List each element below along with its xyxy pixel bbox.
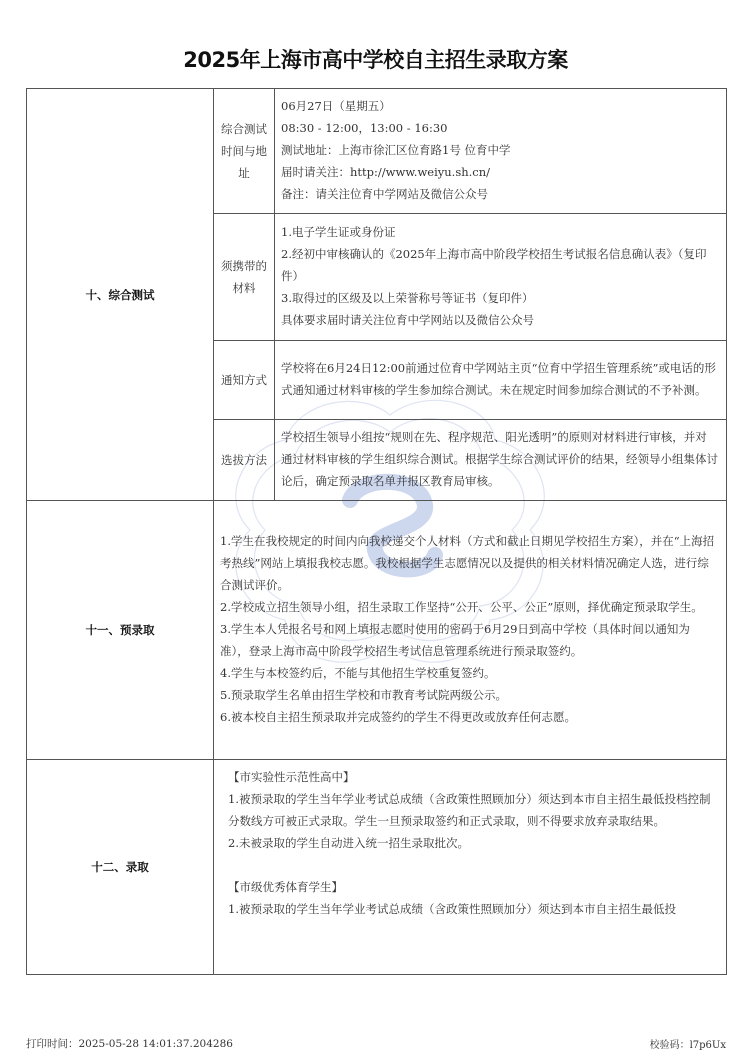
notification-text: 学校将在6月24日12:00前通过位育中学网站主页“位育中学招生管理系统”或电话… — [281, 357, 718, 401]
section-12-row: 十二、录取 【市实验性示范性高中】 1.被预录取的学生当年学业考试总成绩（含政策… — [27, 760, 727, 975]
material-item-1: 1.电子学生证或身份证 — [281, 221, 718, 243]
material-item-2: 2.经初中审核确认的《2025年上海市高中阶段学校招生考试报名信息确认表》（复印… — [281, 243, 718, 287]
row-content-selection: 学校招生领导小组按“规则在先、程序规范、阳光透明”的原则对材料进行审核，并对通过… — [275, 420, 727, 501]
pre-admission-item-5: 5.预录取学生名单由招生学校和市教育考试院两级公示。 — [220, 684, 718, 706]
pre-admission-item-6: 6.被本校自主招生预录取并完成签约的学生不得更改或放弃任何志愿。 — [220, 706, 718, 728]
row-label-time-address: 综合测试时间与地址 — [214, 89, 275, 214]
row-label-selection: 选拔方法 — [214, 420, 275, 501]
checksum: 校验码：l7p6Ux — [650, 1036, 726, 1051]
pre-admission-item-4: 4.学生与本校签约后，不能与其他招生学校重复签约。 — [220, 662, 718, 684]
admission-item-2: 2.未被录取的学生自动进入统一招生录取批次。 — [228, 832, 718, 854]
sports-admission-item-1: 1.被预录取的学生当年学业考试总成绩（含政策性照顾加分）须达到本市自主招生最低投 — [228, 898, 718, 920]
material-note: 具体要求届时请关注位育中学网站以及微信公众号 — [281, 309, 718, 331]
remark-text: 备注：请关注位育中学网站及微信公众号 — [281, 183, 718, 205]
test-address: 测试地址：上海市徐汇区位育路1号 位育中学 — [281, 139, 718, 161]
pre-admission-item-2: 2.学校成立招生领导小组，招生录取工作坚持“公开、公平、公正”原则，择优确定预录… — [220, 596, 718, 618]
admission-item-1: 1.被预录取的学生当年学业考试总成绩（含政策性照顾加分）须达到本市自主招生最低投… — [228, 788, 718, 832]
row-label-notification: 通知方式 — [214, 341, 275, 420]
section-11-heading: 十一、预录取 — [27, 501, 214, 760]
section-12-content: 【市实验性示范性高中】 1.被预录取的学生当年学业考试总成绩（含政策性照顾加分）… — [214, 760, 727, 975]
row-content-time-address: 06月27日（星期五） 08:30 - 12:00，13:00 - 16:30 … — [275, 89, 727, 214]
selection-text: 学校招生领导小组按“规则在先、程序规范、阳光透明”的原则对材料进行审核，并对通过… — [281, 426, 718, 492]
test-time: 08:30 - 12:00，13:00 - 16:30 — [281, 117, 718, 139]
pre-admission-item-3: 3.学生本人凭报名号和网上填报志愿时使用的密码于6月29日到高中学校（具体时间以… — [220, 618, 718, 662]
test-date: 06月27日（星期五） — [281, 95, 718, 117]
pre-admission-item-1: 1.学生在我校规定的时间内向我校递交个人材料（方式和截止日期见学校招生方案），并… — [220, 530, 718, 596]
admission-plan-table: 十、综合测试 综合测试时间与地址 06月27日（星期五） 08:30 - 12:… — [26, 88, 727, 975]
website-link[interactable]: 届时请关注：http://www.weiyu.sh.cn/ — [281, 161, 718, 183]
row-label-materials: 须携带的材料 — [214, 214, 275, 341]
document-title: 2025年上海市高中学校自主招生录取方案 — [0, 44, 751, 74]
print-time: 打印时间：2025-05-28 14:01:37.204286 — [26, 1036, 233, 1051]
section-10-heading: 十、综合测试 — [27, 89, 214, 501]
row-content-notification: 学校将在6月24日12:00前通过位育中学网站主页“位育中学招生管理系统”或电话… — [275, 341, 727, 420]
spacer — [228, 854, 718, 876]
group-title-demo-high-school: 【市实验性示范性高中】 — [228, 766, 718, 788]
group-title-sports-students: 【市级优秀体育学生】 — [228, 876, 718, 898]
section-10-row-time-address: 十、综合测试 综合测试时间与地址 06月27日（星期五） 08:30 - 12:… — [27, 89, 727, 214]
section-12-heading: 十二、录取 — [27, 760, 214, 975]
material-item-3: 3.取得过的区级及以上荣誉称号等证书（复印件） — [281, 287, 718, 309]
section-11-content: 1.学生在我校规定的时间内向我校递交个人材料（方式和截止日期见学校招生方案），并… — [214, 501, 727, 760]
section-11-row: 十一、预录取 1.学生在我校规定的时间内向我校递交个人材料（方式和截止日期见学校… — [27, 501, 727, 760]
row-content-materials: 1.电子学生证或身份证 2.经初中审核确认的《2025年上海市高中阶段学校招生考… — [275, 214, 727, 341]
